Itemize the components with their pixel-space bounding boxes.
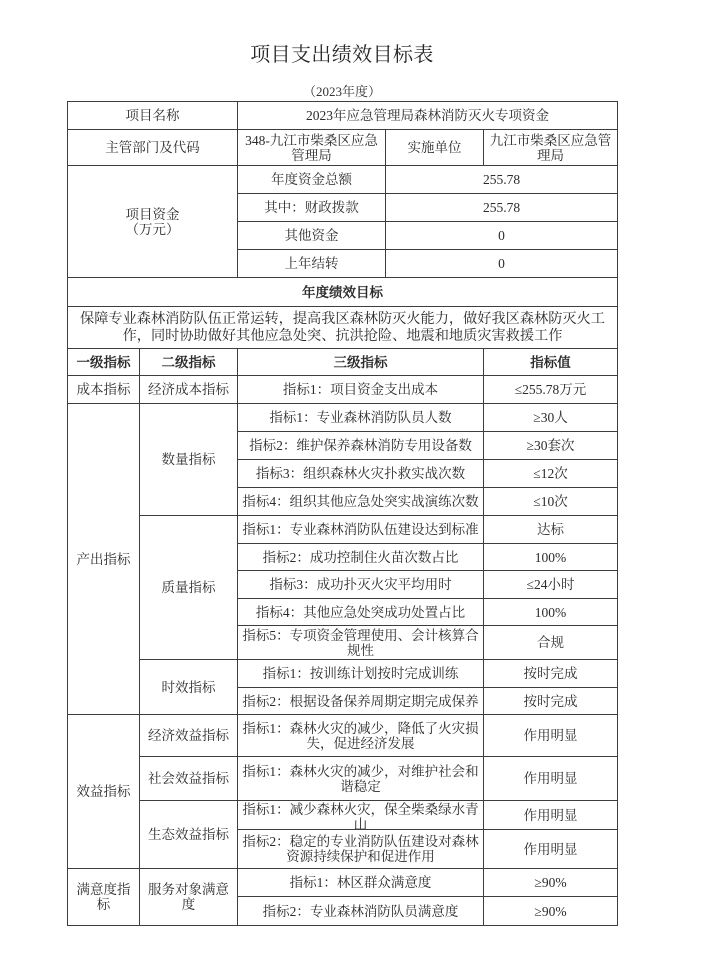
indicator-name: 指标1：按训练计划按时完成训练 bbox=[238, 660, 484, 688]
indicator-name: 指标1：林区群众满意度 bbox=[238, 869, 484, 897]
indicator-value: ≥90% bbox=[484, 869, 618, 897]
funding-item-label: 其他资金 bbox=[238, 222, 386, 250]
header-level3: 三级指标 bbox=[238, 349, 484, 376]
indicator-name: 指标3：组织森林火灾扑救实战次数 bbox=[238, 460, 484, 488]
row-annual-goal-text: 保障专业森林消防队伍正常运转，提高我区森林防灭火能力，做好我区森林防灭火工作，同… bbox=[68, 307, 618, 349]
funding-item-value: 255.78 bbox=[386, 194, 618, 222]
indicator-value: 100% bbox=[484, 599, 618, 626]
level1-benefit: 效益指标 bbox=[68, 715, 140, 869]
implementing-unit-value: 九江市柴桑区应急管理局 bbox=[484, 130, 618, 166]
indicator-name: 指标4：组织其他应急处突实战演练次数 bbox=[238, 488, 484, 516]
indicator-value: ≥30人 bbox=[484, 404, 618, 432]
level1-cost: 成本指标 bbox=[68, 376, 140, 404]
indicator-value: 作用明显 bbox=[484, 715, 618, 757]
level1-satisfaction: 满意度指标 bbox=[68, 869, 140, 926]
annual-goal-text: 保障专业森林消防队伍正常运转，提高我区森林防灭火能力，做好我区森林防灭火工作，同… bbox=[68, 307, 618, 349]
funding-label: 项目资金 bbox=[71, 207, 234, 222]
funding-item-value: 0 bbox=[386, 250, 618, 278]
indicator-value: 作用明显 bbox=[484, 830, 618, 869]
indicator-row: 满意度指标 服务对象满意度 指标1：林区群众满意度 ≥90% bbox=[68, 869, 618, 897]
funding-item-label: 上年结转 bbox=[238, 250, 386, 278]
indicator-value: ≤255.78万元 bbox=[484, 376, 618, 404]
header-level1: 一级指标 bbox=[68, 349, 140, 376]
level2-ecological-benefit: 生态效益指标 bbox=[140, 801, 238, 869]
row-annual-goal-heading: 年度绩效目标 bbox=[68, 278, 618, 307]
indicator-value: ≥90% bbox=[484, 897, 618, 926]
level2-economic-cost: 经济成本指标 bbox=[140, 376, 238, 404]
indicator-name: 指标1：森林火灾的减少，降低了火灾损失，促进经济发展 bbox=[238, 715, 484, 757]
indicator-row: 产出指标 数量指标 指标1：专业森林消防队员人数 ≥30人 bbox=[68, 404, 618, 432]
indicator-name: 指标4：其他应急处突成功处置占比 bbox=[238, 599, 484, 626]
project-name-value: 2023年应急管理局森林消防灭火专项资金 bbox=[238, 102, 618, 130]
indicator-name: 指标1：项目资金支出成本 bbox=[238, 376, 484, 404]
funding-unit: （万元） bbox=[71, 222, 234, 237]
indicator-name-cell: 指标1：减少森林火灾，保全柴桑绿水青山 bbox=[238, 801, 484, 830]
funding-label-cell: 项目资金 （万元） bbox=[68, 166, 238, 278]
indicator-row: 质量指标 指标1：专业森林消防队伍建设达到标准 达标 bbox=[68, 516, 618, 544]
level2-economic-benefit: 经济效益指标 bbox=[140, 715, 238, 757]
indicator-name: 指标2：稳定的专业消防队伍建设对森林资源持续保护和促进作用 bbox=[238, 830, 484, 869]
level2-quantity: 数量指标 bbox=[140, 404, 238, 516]
document-year: （2023年度） bbox=[67, 83, 617, 101]
funding-item-label: 其中：财政拨款 bbox=[238, 194, 386, 222]
indicator-row: 时效指标 指标1：按训练计划按时完成训练 按时完成 bbox=[68, 660, 618, 688]
indicator-name: 指标3：成功扑灭火灾平均用时 bbox=[238, 571, 484, 599]
indicator-name: 指标2：专业森林消防队员满意度 bbox=[238, 897, 484, 926]
indicator-value: 作用明显 bbox=[484, 801, 618, 830]
level2-service-satisfaction: 服务对象满意度 bbox=[140, 869, 238, 926]
indicator-name: 指标2：成功控制住火苗次数占比 bbox=[238, 544, 484, 571]
indicator-name: 指标1：专业森林消防队员人数 bbox=[238, 404, 484, 432]
row-project-name: 项目名称 2023年应急管理局森林消防灭火专项资金 bbox=[68, 102, 618, 130]
indicator-name: 指标1：森林火灾的减少，对维护社会和谐稳定 bbox=[238, 757, 484, 801]
annual-goal-heading: 年度绩效目标 bbox=[68, 278, 618, 307]
project-name-label: 项目名称 bbox=[68, 102, 238, 130]
indicator-value: ≤10次 bbox=[484, 488, 618, 516]
funding-item-value: 255.78 bbox=[386, 166, 618, 194]
indicator-value: 100% bbox=[484, 544, 618, 571]
indicator-row: 生态效益指标 指标1：减少森林火灾，保全柴桑绿水青山 作用明显 bbox=[68, 801, 618, 830]
level1-output: 产出指标 bbox=[68, 404, 140, 715]
indicator-name: 指标5：专项资金管理使用、会计核算合规性 bbox=[238, 626, 484, 660]
indicator-name: 指标2：根据设备保养周期定期完成保养 bbox=[238, 688, 484, 715]
indicator-name: 指标1：专业森林消防队伍建设达到标准 bbox=[238, 516, 484, 544]
department-value: 348-九江市柴桑区应急管理局 bbox=[238, 130, 386, 166]
indicator-value: 按时完成 bbox=[484, 660, 618, 688]
indicator-value: 按时完成 bbox=[484, 688, 618, 715]
indicator-value: ≥30套次 bbox=[484, 432, 618, 460]
indicator-value: ≤12次 bbox=[484, 460, 618, 488]
indicator-name: 指标1：减少森林火灾，保全柴桑绿水青山 bbox=[241, 801, 480, 829]
department-label: 主管部门及代码 bbox=[68, 130, 238, 166]
row-indicator-header: 一级指标 二级指标 三级指标 指标值 bbox=[68, 349, 618, 376]
row-funding-total: 项目资金 （万元） 年度资金总额 255.78 bbox=[68, 166, 618, 194]
indicator-value: ≤24小时 bbox=[484, 571, 618, 599]
indicator-row: 社会效益指标 指标1：森林火灾的减少，对维护社会和谐稳定 作用明显 bbox=[68, 757, 618, 801]
funding-item-label: 年度资金总额 bbox=[238, 166, 386, 194]
row-department: 主管部门及代码 348-九江市柴桑区应急管理局 实施单位 九江市柴桑区应急管理局 bbox=[68, 130, 618, 166]
indicator-name: 指标2：维护保养森林消防专用设备数 bbox=[238, 432, 484, 460]
indicator-row: 成本指标 经济成本指标 指标1：项目资金支出成本 ≤255.78万元 bbox=[68, 376, 618, 404]
indicator-row: 效益指标 经济效益指标 指标1：森林火灾的减少，降低了火灾损失，促进经济发展 作… bbox=[68, 715, 618, 757]
indicator-value: 达标 bbox=[484, 516, 618, 544]
header-level2: 二级指标 bbox=[140, 349, 238, 376]
level2-quality: 质量指标 bbox=[140, 516, 238, 660]
indicator-value: 作用明显 bbox=[484, 757, 618, 801]
header-value: 指标值 bbox=[484, 349, 618, 376]
indicator-value: 合规 bbox=[484, 626, 618, 660]
performance-target-table: 项目名称 2023年应急管理局森林消防灭火专项资金 主管部门及代码 348-九江… bbox=[67, 101, 618, 926]
funding-item-value: 0 bbox=[386, 222, 618, 250]
level2-timeliness: 时效指标 bbox=[140, 660, 238, 715]
level2-social-benefit: 社会效益指标 bbox=[140, 757, 238, 801]
implementing-unit-label: 实施单位 bbox=[386, 130, 484, 166]
document-title: 项目支出绩效目标表 bbox=[67, 40, 617, 68]
